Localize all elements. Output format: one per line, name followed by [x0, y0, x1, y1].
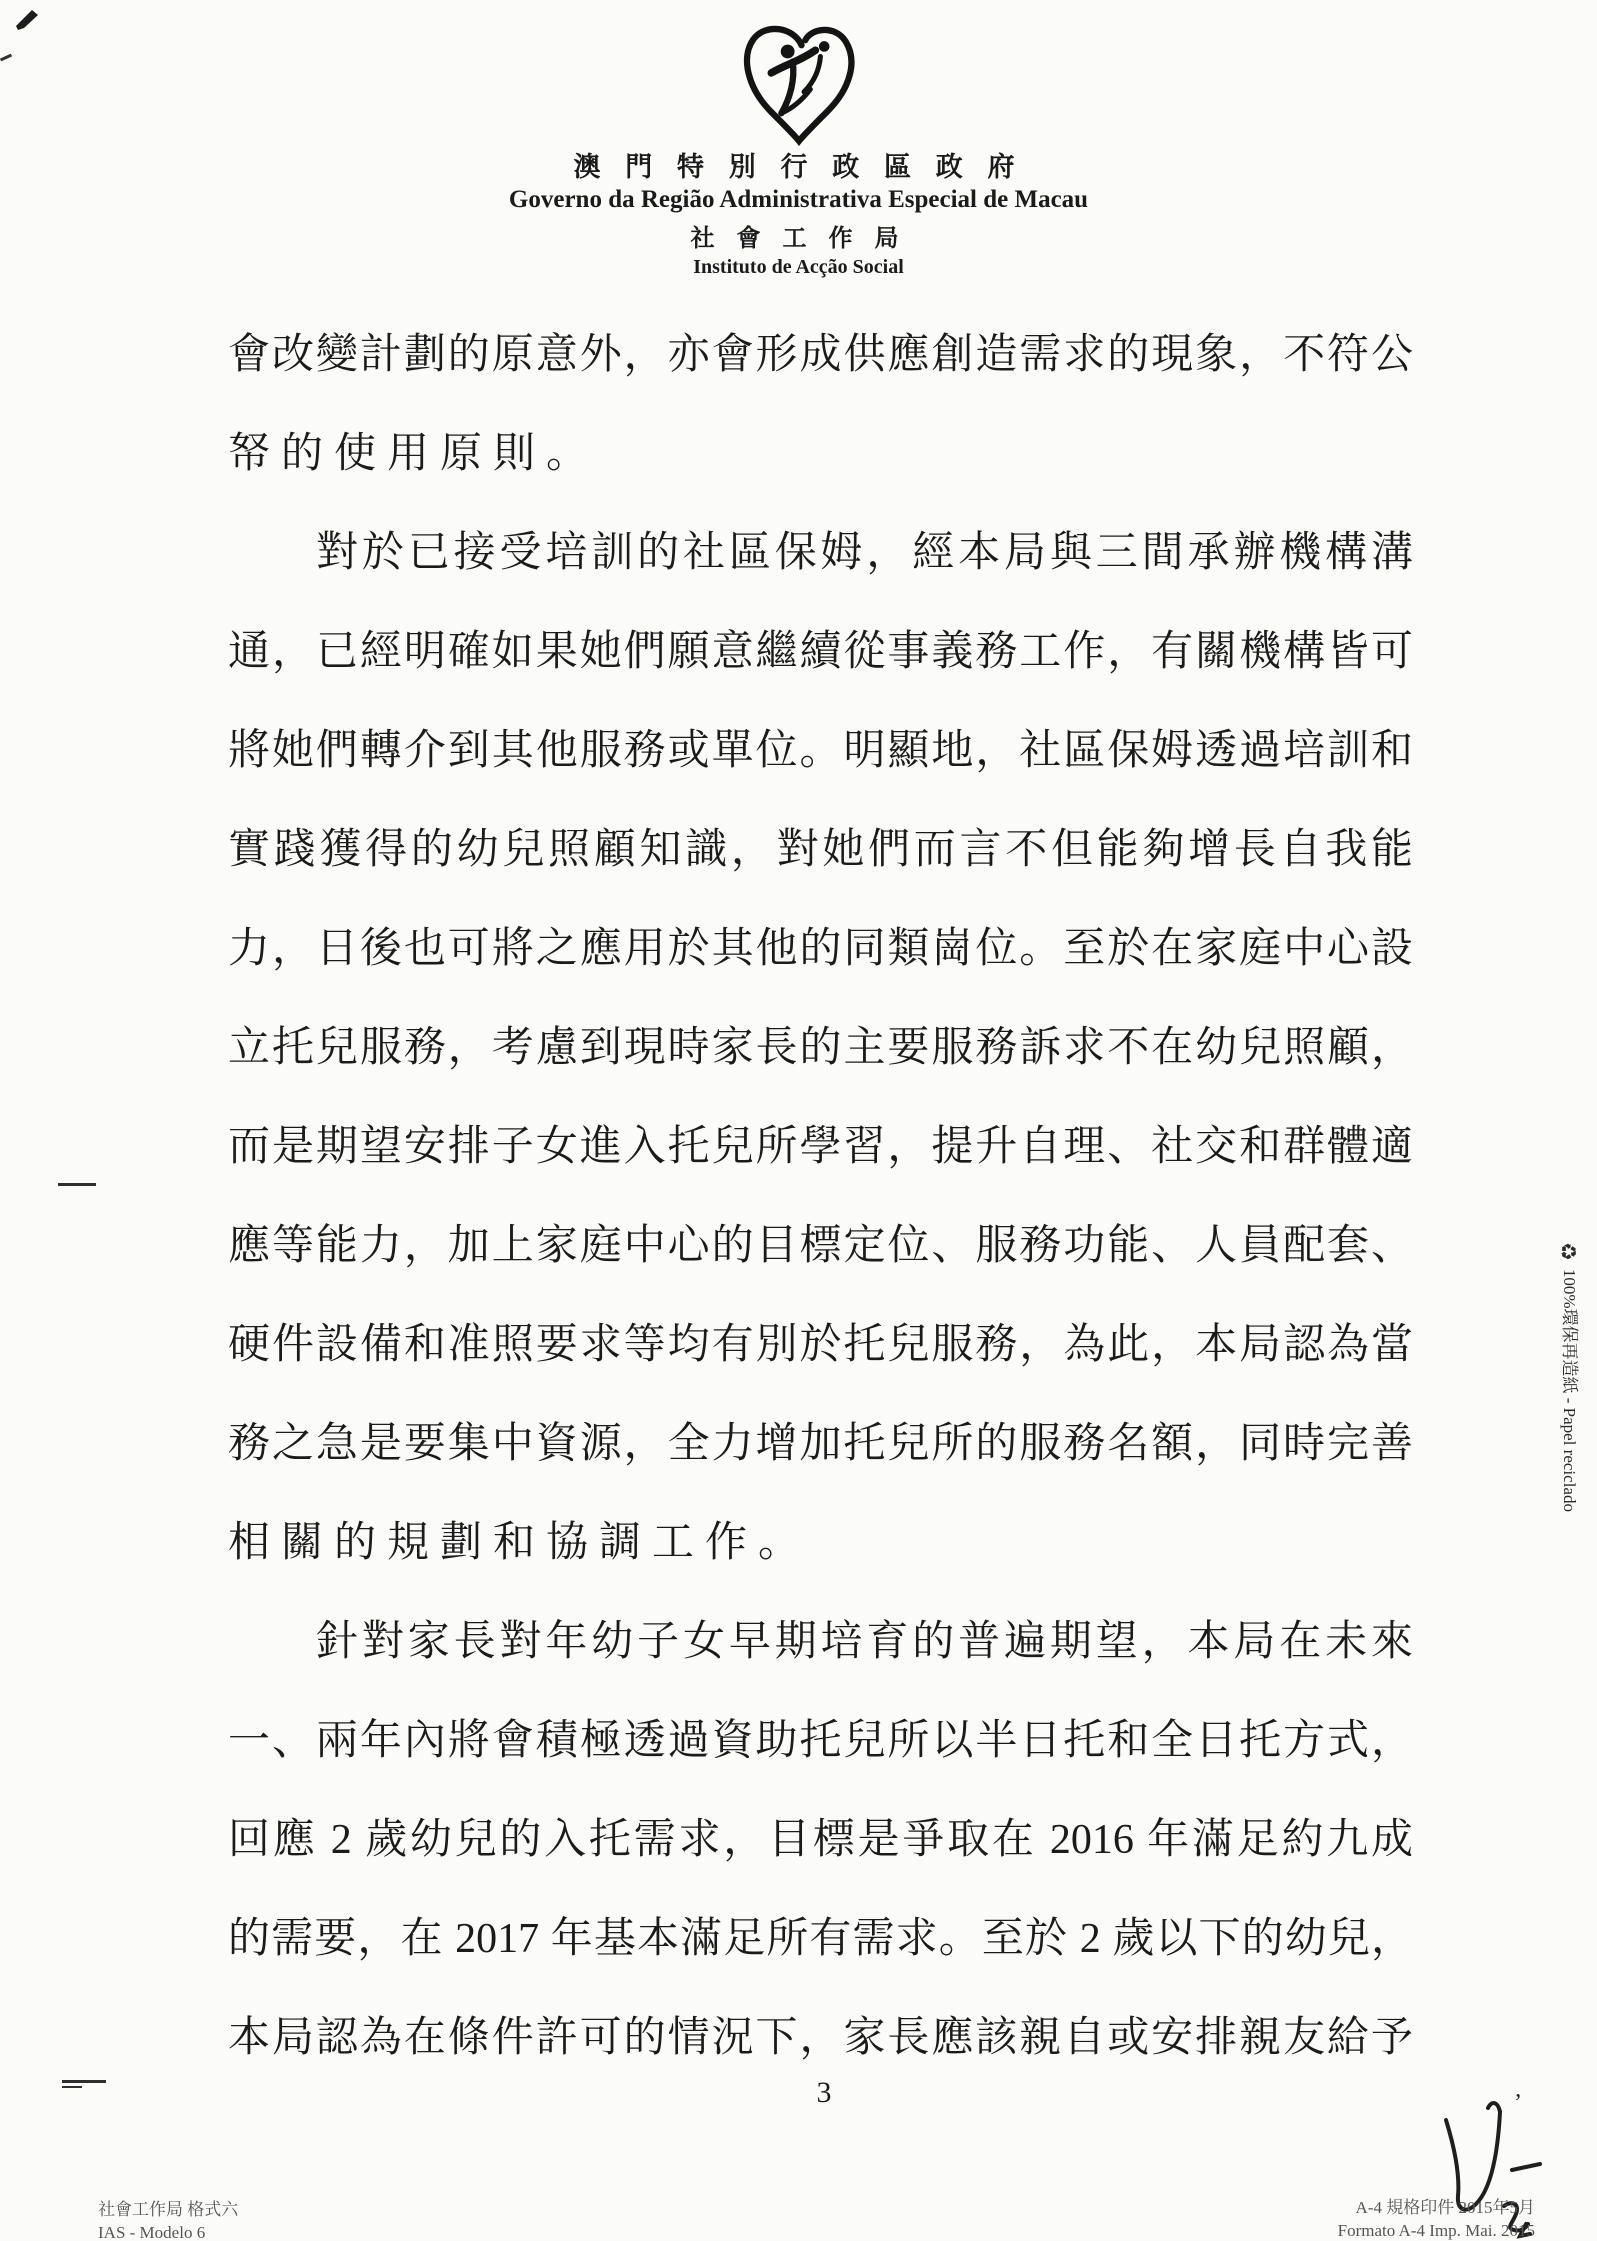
body-line: 本局認為在條件許可的情況下，家長應該親自或安排親友給予: [228, 1989, 1413, 2088]
body-line: 帑的使用原則。: [228, 405, 1413, 504]
department-name-zh: 社 會 工 作 局: [0, 224, 1597, 254]
fold-mark: [62, 2086, 82, 2088]
body-line: 針對家長對年幼子女早期培育的普遍期望，本局在未來: [228, 1593, 1413, 1692]
body-line: 一、兩年內將會積極透過資助托兒所以半日托和全日托方式，: [228, 1692, 1413, 1791]
recycled-paper-note: ♻100%環保再造紙 - Papel reciclado: [1558, 1242, 1580, 1512]
body-line: 硬件設備和准照要求等均有別於托兒服務，為此，本局認為當: [228, 1296, 1413, 1395]
body-line: 會改變計劃的原意外，亦會形成供應創造需求的現象，不符公: [228, 306, 1413, 405]
fold-mark: [58, 1183, 96, 1186]
footer-format-zh: A-4 規格印件 2015年5月: [1338, 2196, 1535, 2219]
footer-form-zh: 社會工作局 格式六: [98, 2198, 238, 2221]
footer-print-format: A-4 規格印件 2015年5月 Formato A-4 Imp. Mai. 2…: [1338, 2196, 1535, 2241]
body-line: 回應 2 歲幼兒的入托需求，目標是爭取在 2016 年滿足約九成: [228, 1791, 1413, 1890]
fold-mark: [62, 2080, 106, 2083]
page-number: 3: [788, 2076, 860, 2110]
department-name-pt: Instituto de Acção Social: [0, 254, 1597, 280]
recycle-icon: ♻: [1557, 1242, 1579, 1261]
body-line: 將她們轉介到其他服務或單位。明顯地，社區保姆透過培訓和: [228, 702, 1413, 801]
scan-artifact-comma: ’: [1514, 2090, 1522, 2117]
letter-body: 會改變計劃的原意外，亦會形成供應創造需求的現象，不符公 帑的使用原則。 對於已接…: [228, 306, 1413, 2088]
body-line: 立托兒服務，考慮到現時家長的主要服務訴求不在幼兒照顧，: [228, 999, 1413, 1098]
government-name-pt: Governo da Região Administrativa Especia…: [0, 184, 1597, 216]
body-line: 應等能力，加上家庭中心的目標定位、服務功能、人員配套、: [228, 1197, 1413, 1296]
body-line: 對於已接受培訓的社區保姆，經本局與三間承辦機構溝: [228, 504, 1413, 603]
body-line: 實踐獲得的幼兒照顧知識，對她們而言不但能夠增長自我能: [228, 801, 1413, 900]
footer-form-reference: 社會工作局 格式六 IAS - Modelo 6: [98, 2198, 238, 2241]
body-line: 力，日後也可將之應用於其他的同類崗位。至於在家庭中心設: [228, 900, 1413, 999]
body-line: 通，已經明確如果她們願意繼續從事義務工作，有關機構皆可: [228, 603, 1413, 702]
body-line: 而是期望安排子女進入托兒所學習，提升自理、社交和群體適: [228, 1098, 1413, 1197]
scanned-document-page: 澳 門 特 別 行 政 區 政 府 Governo da Região Admi…: [0, 0, 1597, 2241]
footer-format-pt: Formato A-4 Imp. Mai. 2015: [1338, 2219, 1535, 2241]
government-name-zh: 澳 門 特 別 行 政 區 政 府: [0, 150, 1597, 184]
letterhead: 澳 門 特 別 行 政 區 政 府 Governo da Região Admi…: [0, 20, 1597, 280]
footer-form-pt: IAS - Modelo 6: [98, 2221, 238, 2241]
ias-heart-logo: [730, 20, 868, 146]
body-line: 相關的規劃和協調工作。: [228, 1494, 1413, 1593]
body-line: 務之急是要集中資源，全力增加托兒所的服務名額，同時完善: [228, 1395, 1413, 1494]
body-line: 的需要，在 2017 年基本滿足所有需求。至於 2 歲以下的幼兒，: [228, 1890, 1413, 1989]
recycled-paper-label: 100%環保再造紙 - Papel reciclado: [1560, 1269, 1579, 1512]
